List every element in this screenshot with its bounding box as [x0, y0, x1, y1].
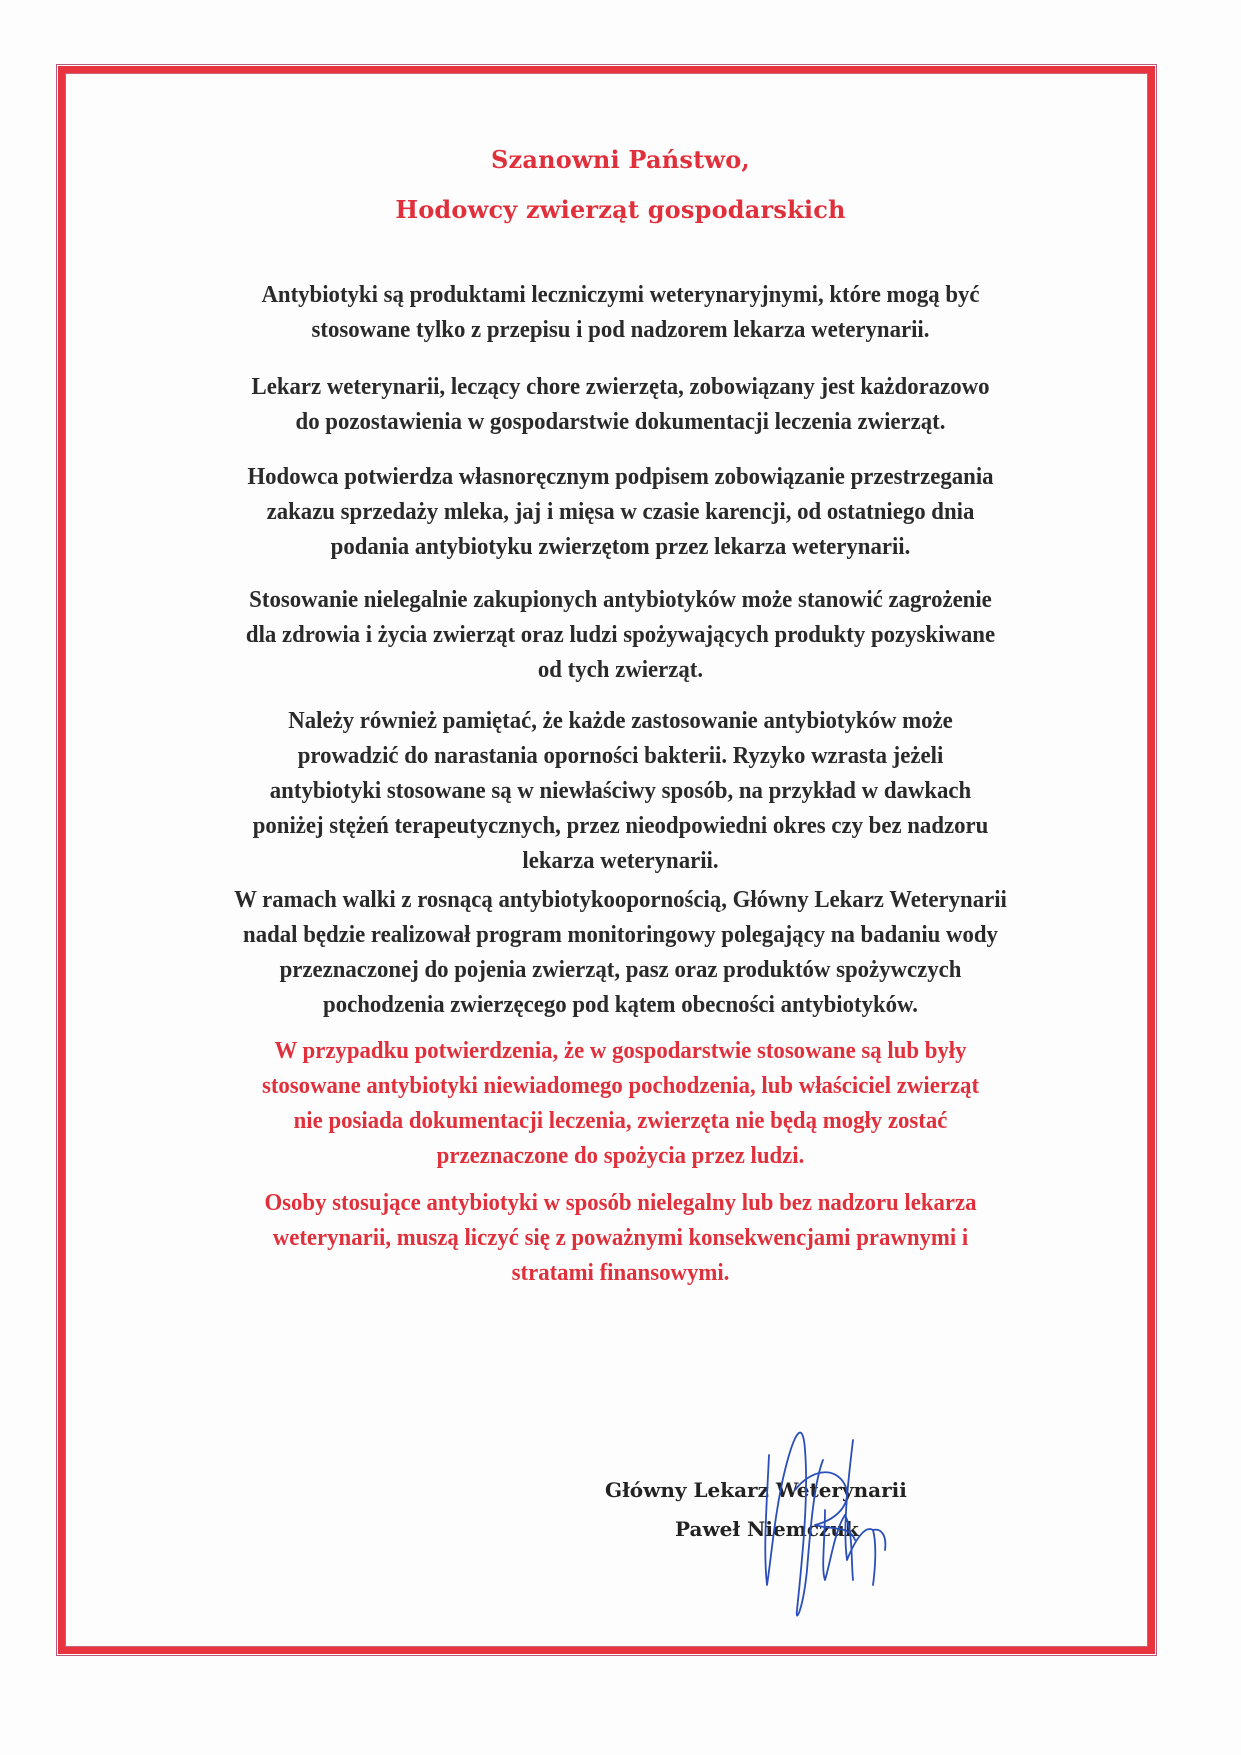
text-line: podania antybiotyku zwierzętom przez lek… [136, 529, 1104, 564]
text-line: od tych zwierząt. [136, 652, 1104, 687]
text-line: weterynarii, muszą liczyć się z poważnym… [136, 1220, 1104, 1255]
text-line: lekarza weterynarii. [136, 843, 1104, 878]
text-line: prowadzić do narastania oporności bakter… [136, 738, 1104, 773]
greeting-line-1: Szanowni Państwo, [0, 145, 1241, 174]
text-line: zakazu sprzedaży mleka, jaj i mięsa w cz… [136, 494, 1104, 529]
text-line: W ramach walki z rosnącą antybiotykoopor… [136, 882, 1104, 917]
text-line: poniżej stężeń terapeutycznych, przez ni… [136, 808, 1104, 843]
text-line: do pozostawienia w gospodarstwie dokumen… [136, 404, 1104, 439]
text-line: W przypadku potwierdzenia, że w gospodar… [136, 1033, 1104, 1068]
greeting-line-2: Hodowcy zwierząt gospodarskich [0, 195, 1241, 224]
paragraph-warning-consumption: W przypadku potwierdzenia, że w gospodar… [136, 1033, 1104, 1173]
text-line: stosowane tylko z przepisu i pod nadzore… [136, 312, 1104, 347]
text-line: nie posiada dokumentacji leczenia, zwier… [136, 1103, 1104, 1138]
text-line: dla zdrowia i życia zwierząt oraz ludzi … [136, 617, 1104, 652]
text-line: Stosowanie nielegalnie zakupionych antyb… [136, 582, 1104, 617]
paragraph-monitoring-program: W ramach walki z rosnącą antybiotykoopor… [136, 882, 1104, 1022]
text-line: przeznaczonej do pojenia zwierząt, pasz … [136, 952, 1104, 987]
paragraph-withdrawal-period: Hodowca potwierdza własnoręcznym podpise… [136, 459, 1104, 564]
text-line: Osoby stosujące antybiotyki w sposób nie… [136, 1185, 1104, 1220]
text-line: Antybiotyki są produktami leczniczymi we… [136, 277, 1104, 312]
text-line: antybiotyki stosowane są w niewłaściwy s… [136, 773, 1104, 808]
text-line: Hodowca potwierdza własnoręcznym podpise… [136, 459, 1104, 494]
paragraph-warning-consequences: Osoby stosujące antybiotyki w sposób nie… [136, 1185, 1104, 1290]
text-line: nadal będzie realizował program monitori… [136, 917, 1104, 952]
text-line: Lekarz weterynarii, leczący chore zwierz… [136, 369, 1104, 404]
handwritten-signature-icon [755, 1410, 905, 1630]
paragraph-vet-documentation: Lekarz weterynarii, leczący chore zwierz… [136, 369, 1104, 439]
text-line: stosowane antybiotyki niewiadomego pocho… [136, 1068, 1104, 1103]
text-line: stratami finansowymi. [136, 1255, 1104, 1290]
paragraph-illegal-antibiotics-risk: Stosowanie nielegalnie zakupionych antyb… [136, 582, 1104, 687]
paragraph-antibiotics-prescription: Antybiotyki są produktami leczniczymi we… [136, 277, 1104, 347]
paragraph-bacterial-resistance: Należy również pamiętać, że każde zastos… [136, 703, 1104, 878]
text-line: pochodzenia zwierzęcego pod kątem obecno… [136, 987, 1104, 1022]
text-line: Należy również pamiętać, że każde zastos… [136, 703, 1104, 738]
text-line: przeznaczone do spożycia przez ludzi. [136, 1138, 1104, 1173]
